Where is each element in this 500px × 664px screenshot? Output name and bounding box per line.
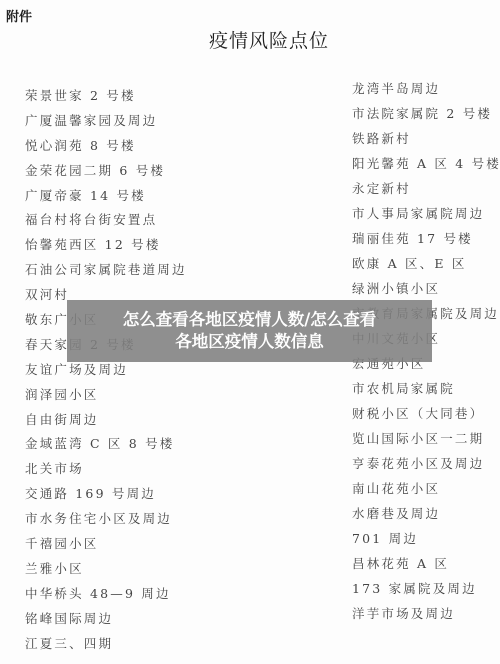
risk-location-item: 广厦温馨家园及周边 (25, 109, 187, 134)
risk-location-item: 市法院家属院 2 号楼 (352, 101, 500, 126)
risk-location-item: 亨泰花苑小区及周边 (352, 451, 500, 476)
risk-location-item: 润泽园小区 (25, 383, 187, 408)
risk-location-item: 南山花苑小区 (352, 476, 500, 501)
risk-location-item: 兰雅小区 (25, 557, 187, 582)
risk-location-item: 昌林花苑 A 区 (352, 551, 500, 576)
attachment-label: 附件 (6, 6, 32, 25)
risk-location-item: 洋芋市场及周边 (352, 601, 500, 626)
risk-location-item: 悦心润苑 8 号楼 (25, 134, 187, 159)
risk-location-item: 览山国际小区一二期 (352, 426, 500, 451)
risk-location-item: 石油公司家属院巷道周边 (25, 258, 187, 283)
document-title: 疫情风险点位 (0, 26, 500, 53)
risk-location-item: 北关市场 (25, 457, 187, 482)
risk-location-item: 交通路 169 号周边 (25, 482, 187, 507)
risk-location-item: 市农机局家属院 (352, 376, 500, 401)
risk-location-item: 金域蓝湾 C 区 8 号楼 (25, 432, 187, 457)
risk-location-item: 水磨巷及周边 (352, 501, 500, 526)
risk-location-item: 千禧园小区 (25, 532, 187, 557)
article-title-banner: 怎么查看各地区疫情人数/怎么查看 各地区疫情人数信息 (67, 300, 432, 362)
risk-location-item: 江夏三、四期 (25, 632, 187, 657)
risk-location-item: 荣景世家 2 号楼 (25, 84, 187, 109)
risk-location-item: 广厦帝豪 14 号楼 (25, 184, 187, 209)
risk-location-item: 怡馨苑西区 12 号楼 (25, 233, 187, 258)
risk-locations-left-column: 荣景世家 2 号楼广厦温馨家园及周边悦心润苑 8 号楼金荣花园二期 6 号楼广厦… (25, 84, 187, 656)
risk-location-item: 龙湾半岛周边 (352, 76, 500, 101)
risk-location-item: 绿洲小镇小区 (352, 276, 500, 301)
banner-title-line-1: 怎么查看各地区疫情人数/怎么查看 (123, 309, 377, 331)
risk-location-item: 福台村将台街安置点 (25, 208, 187, 233)
risk-location-item: 701 周边 (352, 526, 500, 551)
risk-location-item: 市人事局家属院周边 (352, 201, 500, 226)
risk-location-item: 欧康 A 区、E 区 (352, 251, 500, 276)
risk-location-item: 金荣花园二期 6 号楼 (25, 159, 187, 184)
risk-location-item: 中华桥头 48—9 周边 (25, 582, 187, 607)
risk-location-item: 铁路新村 (352, 126, 500, 151)
risk-location-item: 铭峰国际周边 (25, 607, 187, 632)
risk-location-item: 瑞丽佳苑 17 号楼 (352, 226, 500, 251)
risk-location-item: 自由街周边 (25, 408, 187, 433)
banner-title-line-2: 各地区疫情人数信息 (175, 331, 324, 353)
risk-location-item: 市水务住宅小区及周边 (25, 507, 187, 532)
risk-location-item: 财税小区（大同巷） (352, 401, 500, 426)
risk-location-item: 173 家属院及周边 (352, 576, 500, 601)
risk-location-item: 永定新村 (352, 176, 500, 201)
risk-location-item: 阳光馨苑 A 区 4 号楼 (352, 151, 500, 176)
